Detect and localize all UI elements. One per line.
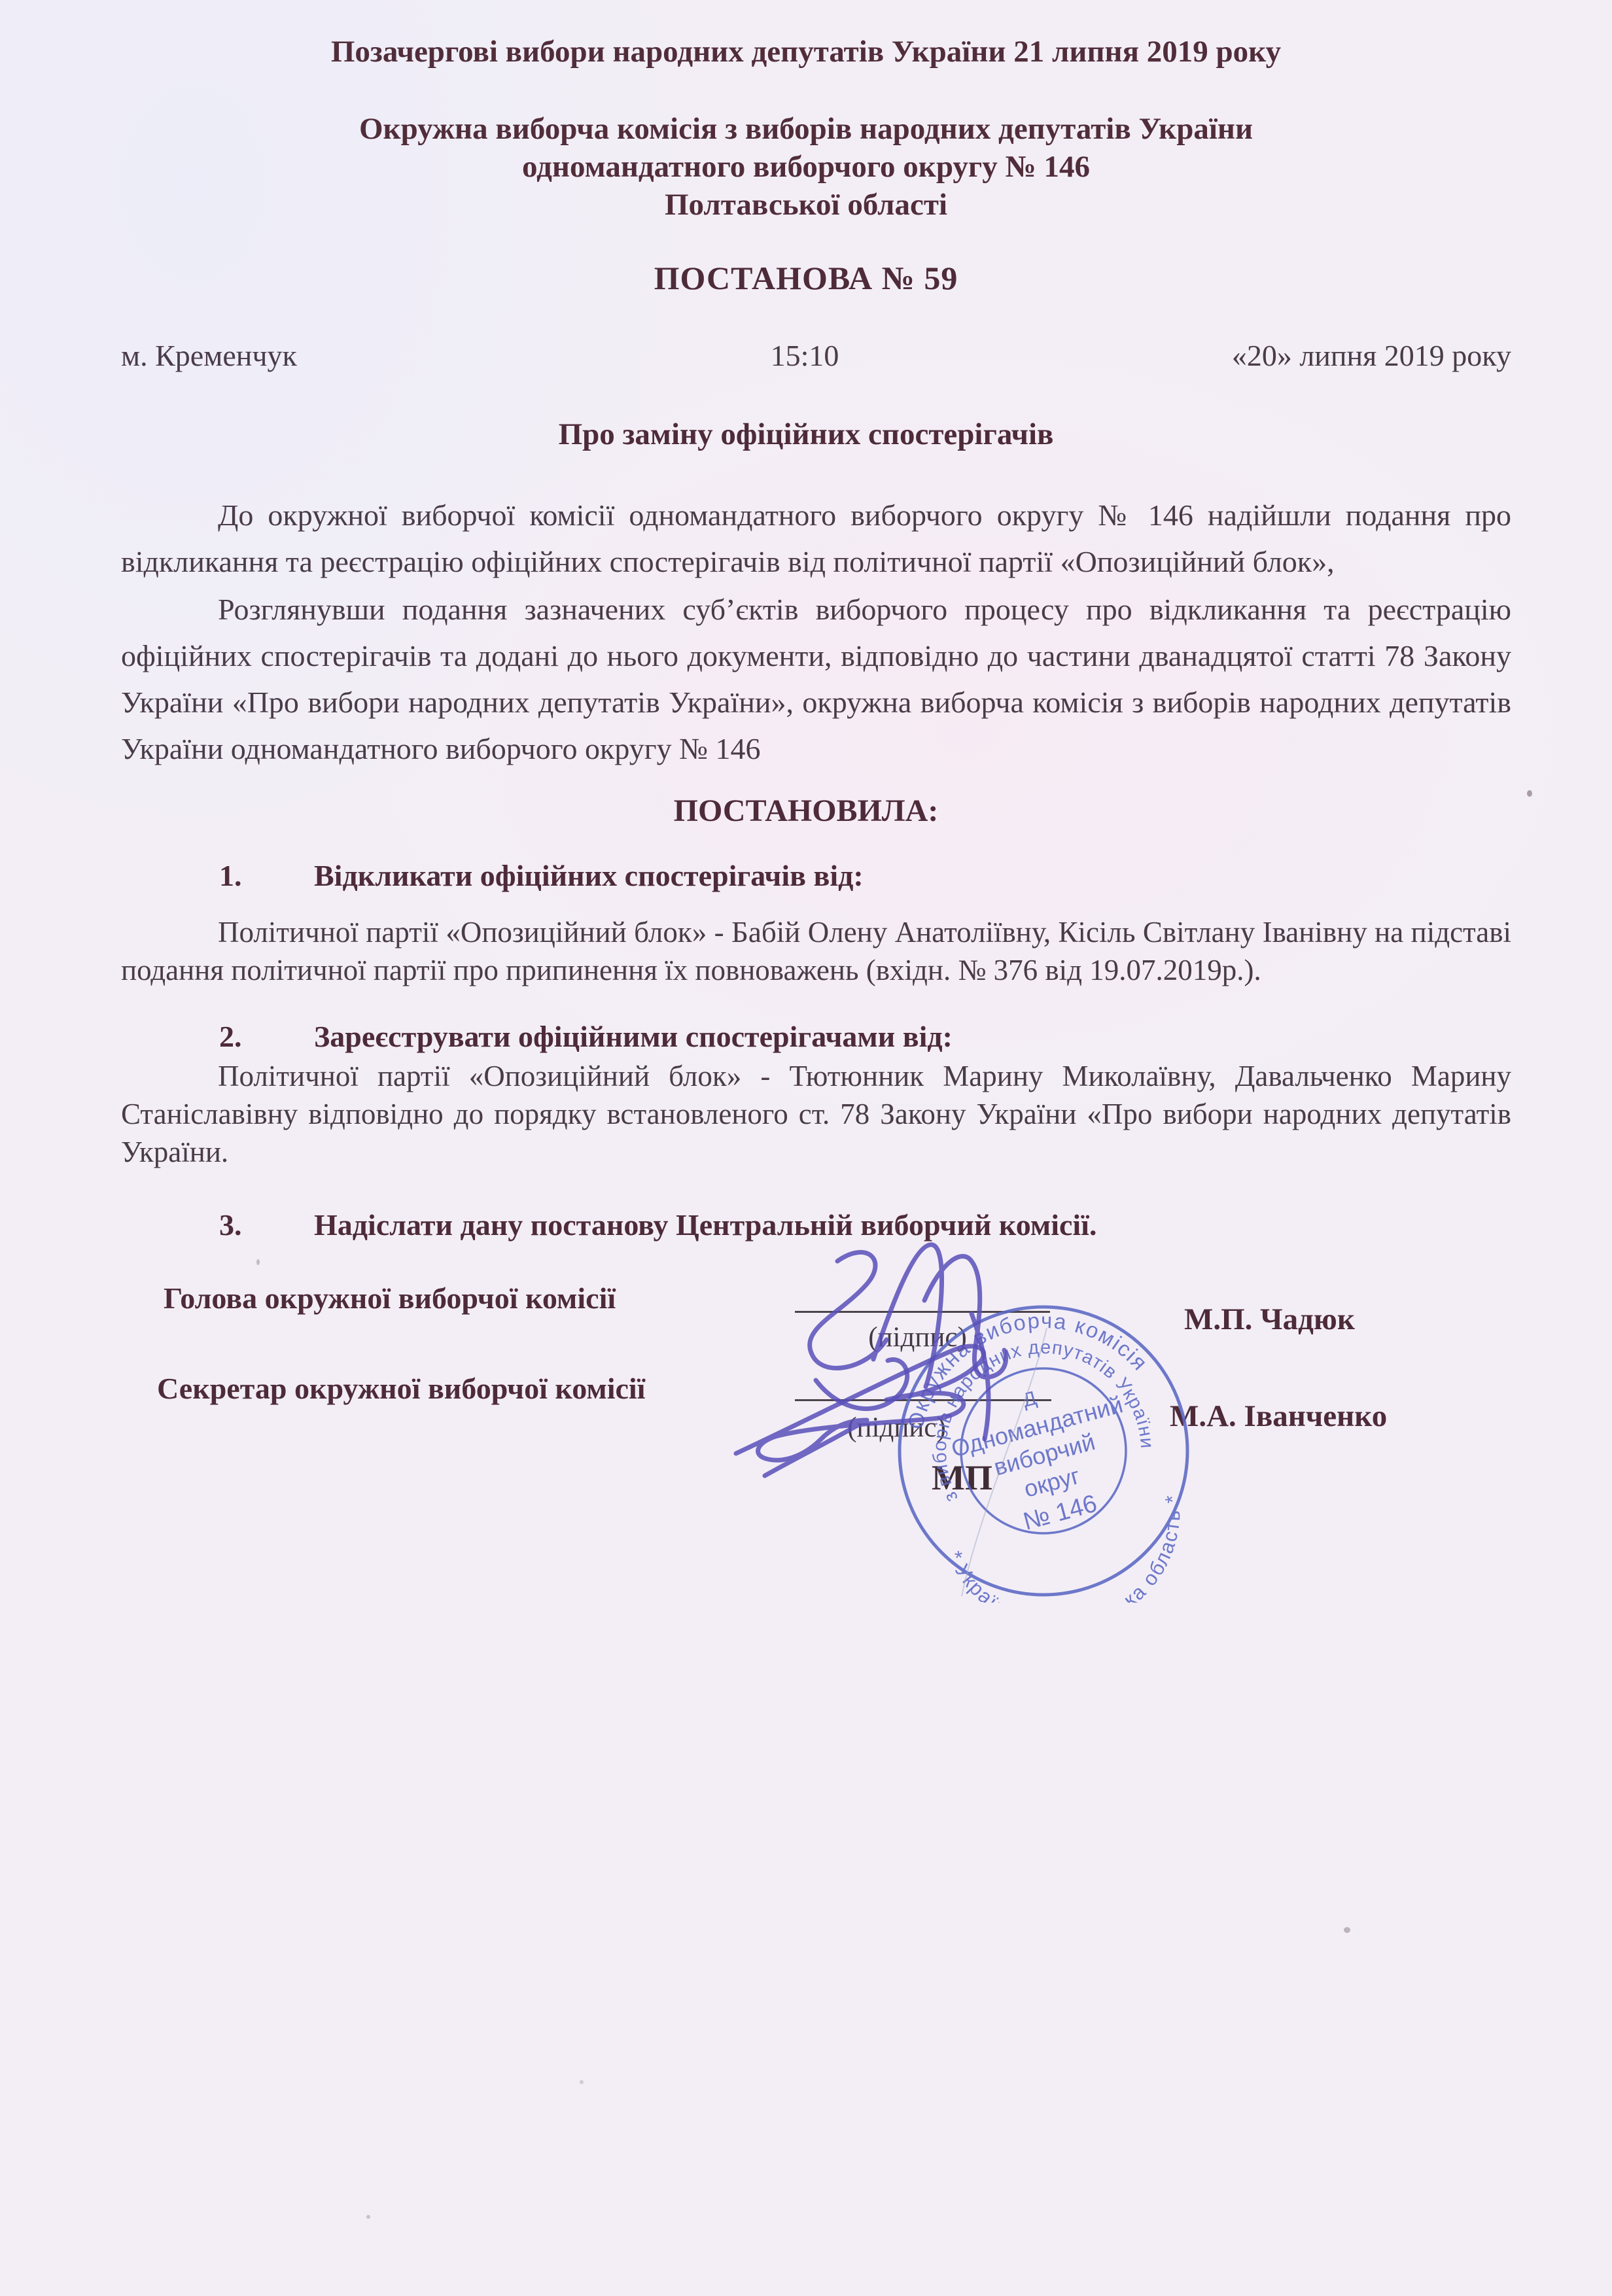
time-label: 15:10 [739, 338, 870, 373]
paper-speck [1527, 790, 1532, 797]
item-3-number: 3. [219, 1208, 314, 1242]
resolved-heading: ПОСТАНОВИЛА: [0, 793, 1612, 829]
item-2-heading: 2.Зареєструвати офіційними спостерігачам… [219, 1019, 953, 1054]
commission-title-line2: одномандатного виборчого округу № 146 [0, 148, 1612, 186]
document-election-title: Позачергові вибори народних депутатів Ук… [0, 33, 1612, 71]
commission-title-line1: Окружна виборча комісія з виборів народн… [0, 110, 1612, 148]
item-2-paragraph: Політичної партії «Опозиційний блок» - Т… [121, 1057, 1511, 1171]
item-1-paragraph: Політичної партії «Опозиційний блок» - Б… [121, 913, 1511, 989]
item-1-heading: 1.Відкликати офіційних спостерігачів від… [219, 858, 864, 893]
place-label: м. Кременчук [121, 338, 297, 373]
secretary-label: Секретар окружної виборчої комісії [157, 1371, 645, 1406]
intro-paragraph-2: Розглянувши подання зазначених суб’єктів… [121, 586, 1511, 772]
head-of-commission-name: М.П. Чадюк [1184, 1302, 1355, 1337]
paper-speck [580, 2080, 584, 2084]
commission-title-line3: Полтавської області [0, 186, 1612, 224]
resolution-number-title: ПОСТАНОВА № 59 [0, 259, 1612, 297]
item-1-title: Відкликати офіційних спостерігачів від: [314, 859, 864, 892]
secretary-name: М.А. Іванченко [1170, 1399, 1387, 1434]
paper-speck [1344, 1927, 1350, 1933]
subject-heading: Про заміну офіційних спостерігачів [0, 417, 1612, 452]
item-1-number: 1. [219, 858, 314, 893]
commission-title-block: Окружна виборча комісія з виборів народн… [0, 110, 1612, 224]
item-2-number: 2. [219, 1019, 314, 1054]
scanned-document-page: Позачергові вибори народних депутатів Ук… [0, 0, 1612, 2296]
paper-speck [366, 2215, 370, 2219]
item-2-title: Зареєструвати офіційними спостерігачами … [314, 1020, 953, 1053]
date-label: «20» липня 2019 року [1232, 338, 1511, 373]
secretary-signature-ink [716, 1328, 1057, 1478]
intro-paragraph-1: До окружної виборчої комісії одномандатн… [121, 492, 1511, 585]
paper-speck [256, 1259, 260, 1265]
head-of-commission-label: Голова окружної виборчої комісії [164, 1281, 616, 1315]
